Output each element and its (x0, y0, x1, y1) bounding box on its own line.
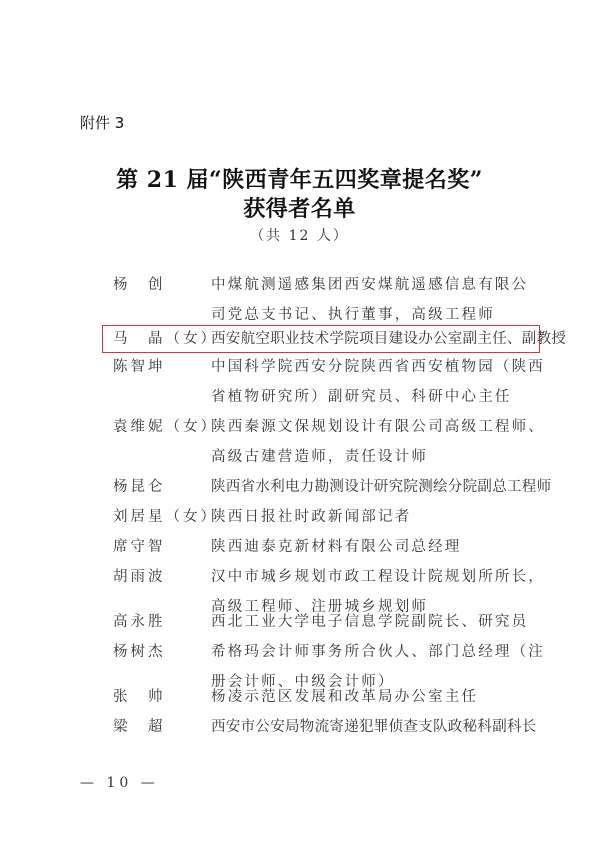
recipient-name: 刘居星（女） (113, 502, 218, 532)
recipient-name: 马 晶（女） (113, 325, 218, 353)
recipient-name: 高永胜 (113, 607, 166, 637)
subtitle-count: （共 12 人） (0, 225, 599, 245)
recipient-description: 杨凌示范区发展和改革局办公室主任 (211, 682, 541, 712)
recipient-name: 席守智 (113, 532, 166, 562)
recipient-name: 杨昆仑 (113, 472, 166, 502)
recipient-name: 张 帅 (113, 682, 166, 712)
recipient-description: 中国科学院西安分院陕西省西安植物园（陕西 省植物研究所）副研究员、科研中心主任 (211, 352, 541, 412)
recipient-description: 陕西省水利电力勘测设计研究院测绘分院副总工程师 (211, 472, 541, 502)
recipient-name: 胡雨波 (113, 562, 166, 592)
recipient-description: 西北工业大学电子信息学院副院长、研究员 (211, 607, 541, 637)
recipient-description: 西安市公安局物流寄递犯罪侦查支队政秘科副科长 (211, 712, 541, 742)
recipient-name: 陈智坤 (113, 352, 166, 382)
attachment-label: 附件 3 (80, 112, 124, 133)
title-line-1: 第 21 届“陕西青年五四奖章提名奖” (0, 163, 599, 194)
recipient-description: 陕西秦源文保规划设计有限公司高级工程师、 高级古建营造师，责任设计师 (211, 412, 541, 472)
page-number: — 10 — (80, 775, 159, 791)
recipient-description: 陕西迪泰克新材料有限公司总经理 (211, 532, 541, 562)
recipient-description: 西安航空职业技术学院项目建设办公室副主任、副教授 (211, 325, 541, 353)
recipient-name: 袁维妮（女） (113, 412, 218, 442)
recipient-name: 杨 创 (113, 270, 166, 300)
recipient-name: 梁 超 (113, 712, 166, 742)
recipient-description: 中煤航测遥感集团西安煤航遥感信息有限公 司党总支书记、执行董事，高级工程师 (211, 270, 541, 330)
recipient-name: 杨树杰 (113, 637, 166, 667)
title-line-2: 获得者名单 (0, 192, 599, 223)
recipient-description: 陕西日报社时政新闻部记者 (211, 502, 541, 532)
